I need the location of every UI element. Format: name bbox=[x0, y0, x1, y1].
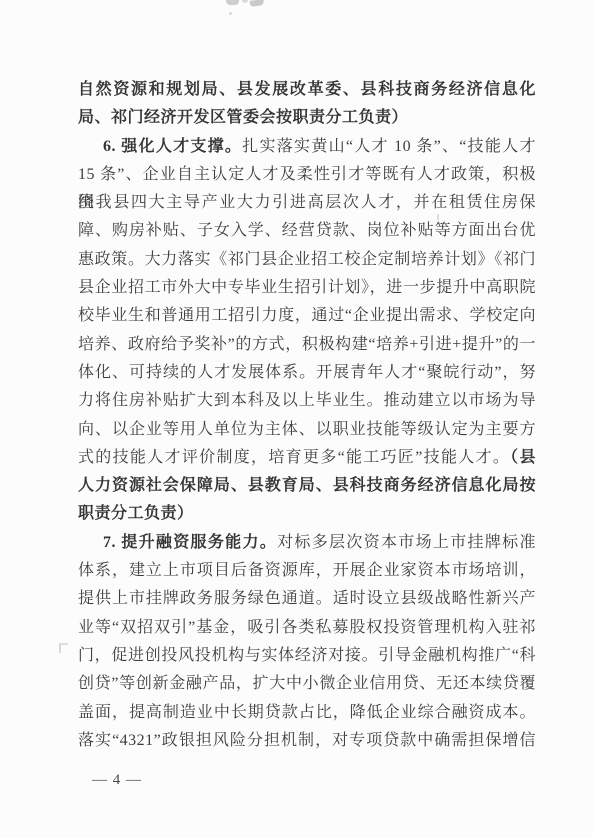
text-line: 体系，建立上市项目后备资源库，开展企业家资本市场培训， bbox=[78, 557, 536, 585]
text-segment: 向、以企业等用人单位为主体、以职业技能等级认定为主要方 bbox=[78, 421, 536, 438]
text-line: 绕我县四大主导产业大力引进高层次人才，并在租赁住房保 bbox=[78, 189, 536, 217]
text-segment: 局、祁门经济开发区管委会按职责分工负责） bbox=[78, 109, 408, 126]
text-line: 式的技能人才评价制度，培育更多“能工巧匠”技能人才。（县 bbox=[78, 444, 536, 472]
scan-artifact bbox=[59, 643, 68, 653]
text-segment: 门，促进创投风投机构与实体经济对接。引导金融机构推广“科 bbox=[78, 647, 536, 664]
text-line: 体化、可持续的人才发展体系。开展青年人才“聚皖行动”，努 bbox=[78, 359, 536, 387]
text-segment: 校毕业生和普通用工招引力度，通过“企业提出需求、学校定向 bbox=[78, 307, 536, 324]
text-line: 6. 强化人才支撑。扎实落实黄山“人才 10 条”、“技能人才 bbox=[78, 133, 536, 161]
text-line: 7. 提升融资服务能力。对标多层次资本市场上市挂牌标准 bbox=[78, 529, 536, 557]
text-line: 职责分工负责） bbox=[78, 500, 536, 528]
text-segment: 式的技能人才评价制度，培育更多“能工巧匠”技能人才。 bbox=[78, 449, 510, 466]
text-line: 提供上市挂牌政务服务绿色通道。适时设立县级战略性新兴产 bbox=[78, 585, 536, 613]
text-segment: 7. 提升融资服务能力。 bbox=[103, 534, 277, 551]
scan-artifact bbox=[226, 0, 239, 5]
text-segment: 提供上市挂牌政务服务绿色通道。适时设立县级战略性新兴产 bbox=[78, 590, 536, 607]
text-segment: 落实“4321”政银担风险分担机制，对专项贷款中确需担保增信 bbox=[78, 732, 536, 749]
text-segment: 创贷”等创新金融产品，扩大中小微企业信用贷、无还本续贷覆 bbox=[78, 675, 536, 692]
text-segment: 盖面，提高制造业中长期贷款占比，降低企业综合融资成本。 bbox=[78, 704, 536, 721]
document-page: 自然资源和规划局、县发展改革委、县科技商务经济信息化局、祁门经济开发区管委会按职… bbox=[0, 0, 593, 838]
text-line: 盖面，提高制造业中长期贷款占比，降低企业综合融资成本。 bbox=[78, 699, 536, 727]
text-segment: 力将住房补贴扩大到本科及以上毕业生。推动建立以市场为导 bbox=[78, 392, 536, 409]
scan-artifact bbox=[242, 0, 248, 3]
text-segment: 障、购房补贴、子女入学、经营贷款、岗位补贴等方面出台优 bbox=[78, 222, 536, 239]
text-segment: 职责分工负责） bbox=[78, 505, 194, 522]
text-segment: （县 bbox=[510, 449, 536, 466]
text-line: 局、祁门经济开发区管委会按职责分工负责） bbox=[78, 104, 536, 132]
text-line: 校毕业生和普通用工招引力度，通过“企业提出需求、学校定向 bbox=[78, 302, 536, 330]
text-line: 自然资源和规划局、县发展改革委、县科技商务经济信息化 bbox=[78, 76, 536, 104]
document-body: 自然资源和规划局、县发展改革委、县科技商务经济信息化局、祁门经济开发区管委会按职… bbox=[78, 76, 536, 755]
text-line: 落实“4321”政银担风险分担机制，对专项贷款中确需担保增信 bbox=[78, 727, 536, 755]
text-segment: 体系，建立上市项目后备资源库，开展企业家资本市场培训， bbox=[78, 562, 536, 579]
text-segment: 人力资源社会保障局、县教育局、县科技商务经济信息化局按 bbox=[78, 477, 536, 494]
text-line: 力将住房补贴扩大到本科及以上毕业生。推动建立以市场为导 bbox=[78, 387, 536, 415]
text-segment: 惠政策。大力落实《祁门县企业招工校企定制培养计划》《祁门 bbox=[78, 251, 536, 268]
text-segment: 培养、政府给予奖补”的方式，积极构建“培养+引进+提升”的一 bbox=[78, 336, 536, 353]
text-segment: 体化、可持续的人才发展体系。开展青年人才“聚皖行动”，努 bbox=[78, 364, 536, 381]
scan-artifact bbox=[229, 12, 232, 15]
text-segment: 绕我县四大主导产业大力引进高层次人才，并在租赁住房保 bbox=[78, 194, 536, 211]
text-line: 障、购房补贴、子女入学、经营贷款、岗位补贴等方面出台优 bbox=[78, 217, 536, 245]
text-line: 业等“双招双引”基金，吸引各类私募股权投资管理机构入驻祁 bbox=[78, 614, 536, 642]
text-segment: 业等“双招双引”基金，吸引各类私募股权投资管理机构入驻祁 bbox=[78, 619, 536, 636]
text-segment: 自然资源和规划局、县发展改革委、县科技商务经济信息化 bbox=[78, 81, 536, 98]
text-segment: 对标多层次资本市场上市挂牌标准 bbox=[277, 534, 536, 551]
text-line: 人力资源社会保障局、县教育局、县科技商务经济信息化局按 bbox=[78, 472, 536, 500]
text-line: 县企业招工市外大中专毕业生招引计划》，进一步提升中高职院 bbox=[78, 274, 536, 302]
text-segment: 扎实落实黄山“人才 10 条”、“技能人才 bbox=[242, 138, 536, 155]
text-line: 15 条”、企业自主认定人才及柔性引才等既有人才政策，积极围 bbox=[78, 161, 536, 189]
text-segment: 6. 强化人才支撑。 bbox=[103, 138, 242, 155]
text-line: 惠政策。大力落实《祁门县企业招工校企定制培养计划》《祁门 bbox=[78, 246, 536, 274]
scan-artifact bbox=[250, 0, 265, 7]
text-segment: 县企业招工市外大中专毕业生招引计划》，进一步提升中高职院 bbox=[78, 279, 536, 296]
text-line: 向、以企业等用人单位为主体、以职业技能等级认定为主要方 bbox=[78, 416, 536, 444]
text-line: 门，促进创投风投机构与实体经济对接。引导金融机构推广“科 bbox=[78, 642, 536, 670]
text-line: 培养、政府给予奖补”的方式，积极构建“培养+引进+提升”的一 bbox=[78, 331, 536, 359]
text-line: 创贷”等创新金融产品，扩大中小微企业信用贷、无还本续贷覆 bbox=[78, 670, 536, 698]
page-number: — 4 — bbox=[92, 772, 142, 789]
